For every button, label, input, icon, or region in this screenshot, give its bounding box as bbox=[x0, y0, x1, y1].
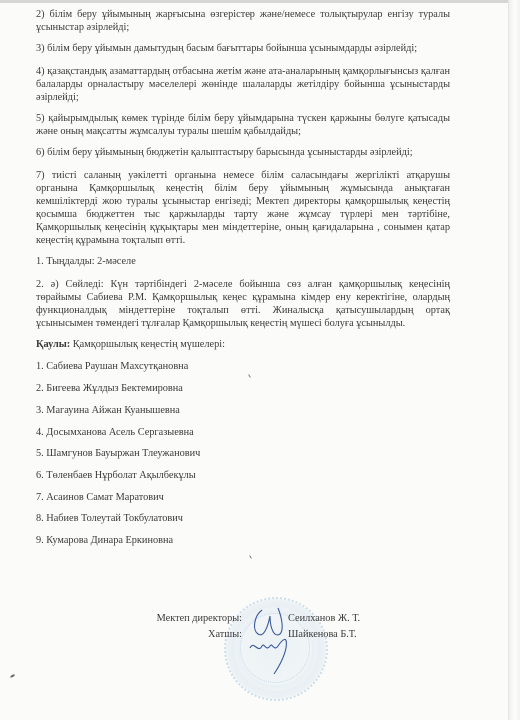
director-name: Сеилханов Ж. Т. bbox=[288, 613, 360, 624]
list-item: 4. Досымханова Асель Сергазыевна bbox=[36, 426, 450, 448]
paragraph-item-2: 2) білім беру ұйымының жарғысына өзгеріс… bbox=[36, 8, 450, 34]
secretary-label: Хатшы: bbox=[140, 629, 242, 640]
list-item: 9. Кумарова Динара Еркиновна bbox=[36, 534, 450, 556]
heard-line: 1. Тыңдалды: 2-мәселе bbox=[36, 255, 450, 268]
list-item: 3. Магауина Айжан Куанышевна bbox=[36, 404, 450, 426]
list-item: 2. Бигеева Жұлдыз Бектемировна bbox=[36, 382, 450, 404]
paragraph-item-5: 5) қайырымдылық көмек түрінде білім беру… bbox=[36, 112, 450, 138]
list-item: 5. Шамгунов Бауыржан Тлеужанович bbox=[36, 447, 450, 469]
director-label: Мектеп директоры: bbox=[140, 613, 242, 624]
scan-speck bbox=[10, 674, 15, 678]
members-list: 1. Сабиева Раушан Махсутқановна 2. Бигее… bbox=[36, 360, 450, 555]
secretary-name: Шайкенова Б.Т. bbox=[288, 629, 357, 640]
list-item: 6. Төленбаев Нұрболат Ақылбекұлы bbox=[36, 469, 450, 491]
spoke-paragraph: 2. ә) Сөйледі: Күн тәртібіндегі 2-мәселе… bbox=[36, 278, 450, 330]
paragraph-item-3: 3) білім беру ұйымын дамытудың басым бағ… bbox=[36, 42, 450, 55]
list-item: 8. Набиев Толеутай Токбулатович bbox=[36, 512, 450, 534]
scan-right-edge bbox=[508, 0, 520, 720]
list-item: 7. Асаинов Самат Маратович bbox=[36, 491, 450, 513]
paragraph-item-6: 6) білім беру ұйымының бюджетін қалыптас… bbox=[36, 146, 450, 159]
resolution-line: Қаулы: Қамқоршылық кеңестің мүшелері: bbox=[36, 338, 450, 351]
scan-top-edge bbox=[0, 0, 520, 3]
paragraph-item-7: 7) тиісті саланың уәкілетті органына нем… bbox=[36, 169, 450, 248]
resolution-text: Қамқоршылық кеңестің мүшелері: bbox=[70, 339, 225, 350]
document-body: 2) білім беру ұйымының жарғысына өзгеріс… bbox=[36, 8, 450, 556]
list-item: 1. Сабиева Раушан Махсутқановна bbox=[36, 360, 450, 382]
paragraph-item-4: 4) қазақстандық азаматтардың отбасына же… bbox=[36, 65, 450, 104]
resolution-label: Қаулы: bbox=[36, 339, 70, 350]
